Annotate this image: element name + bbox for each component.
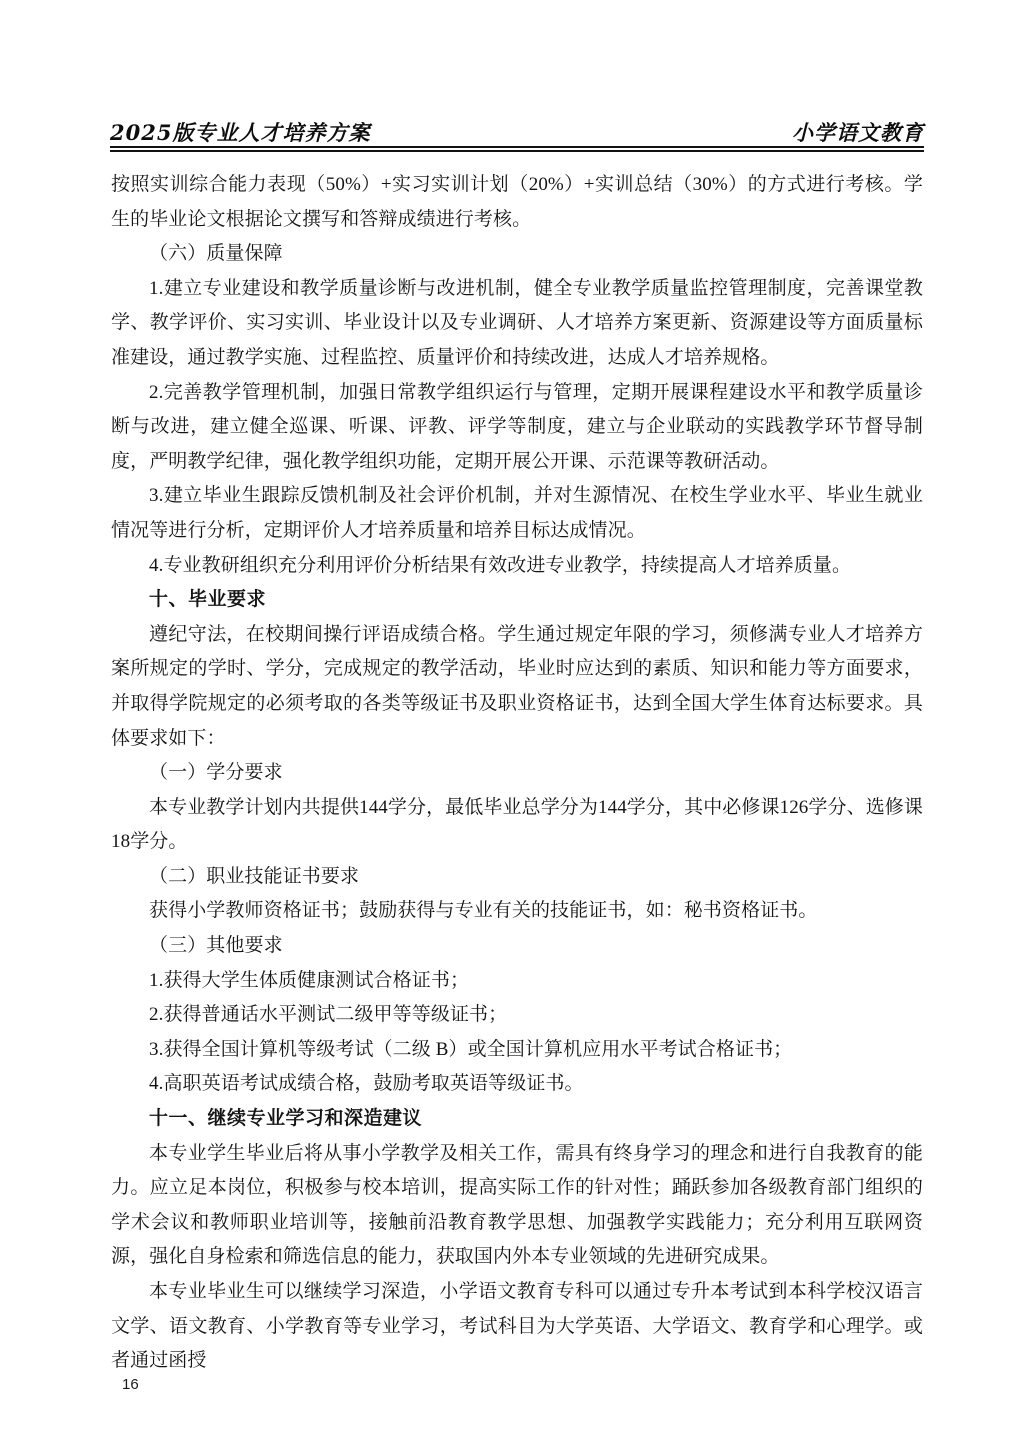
paragraph: 1.建立专业建设和教学质量诊断与改进机制，健全专业教学质量监控管理制度，完善课堂… xyxy=(111,272,923,376)
paragraph: 获得小学教师资格证书；鼓励获得与专业有关的技能证书，如：秘书资格证书。 xyxy=(111,894,923,929)
paragraph: 本专业毕业生可以继续学习深造，小学语文教育专科可以通过专升本考试到本科学校汉语言… xyxy=(111,1275,923,1379)
paragraph: 4.专业教研组织充分利用评价分析结果有效改进专业教学，持续提高人才培养质量。 xyxy=(111,549,923,584)
section-heading: 十、毕业要求 xyxy=(111,583,923,618)
paragraph: 2.获得普通话水平测试二级甲等等级证书； xyxy=(111,998,923,1033)
header-left-title: 2025版专业人才培养方案 xyxy=(110,121,370,145)
document-page: 2025版专业人才培养方案 小学语文教育 按照实训综合能力表现（50%）+实习实… xyxy=(0,0,1024,1448)
paragraph: 本专业教学计划内共提供144学分，最低毕业总学分为144学分，其中必修课126学… xyxy=(111,791,923,860)
paragraph: 2.完善教学管理机制，加强日常教学组织运行与管理，定期开展课程建设水平和教学质量… xyxy=(111,376,923,480)
paragraph: 1.获得大学生体质健康测试合格证书； xyxy=(111,964,923,999)
paragraph: （二）职业技能证书要求 xyxy=(111,860,923,895)
page-header: 2025版专业人才培养方案 小学语文教育 xyxy=(110,117,924,145)
paragraph: （三）其他要求 xyxy=(111,929,923,964)
paragraph: 3.建立毕业生跟踪反馈机制及社会评价机制，并对生源情况、在校生学业水平、毕业生就… xyxy=(111,479,923,548)
section-heading: 十一、继续专业学习和深造建议 xyxy=(111,1102,923,1137)
header-right-title: 小学语文教育 xyxy=(792,121,924,145)
header-double-rule xyxy=(110,146,924,152)
paragraph: 3.获得全国计算机等级考试（二级 B）或全国计算机应用水平考试合格证书； xyxy=(111,1033,923,1068)
paragraph: （六）质量保障 xyxy=(111,237,923,272)
paragraph: 按照实训综合能力表现（50%）+实习实训计划（20%）+实训总结（30%）的方式… xyxy=(111,168,923,237)
paragraph: （一）学分要求 xyxy=(111,756,923,791)
paragraph: 4.高职英语考试成绩合格，鼓励考取英语等级证书。 xyxy=(111,1067,923,1102)
page-number: 16 xyxy=(122,1376,139,1393)
document-body: 按照实训综合能力表现（50%）+实习实训计划（20%）+实训总结（30%）的方式… xyxy=(111,168,923,1379)
paragraph: 遵纪守法，在校期间操行评语成绩合格。学生通过规定年限的学习，须修满专业人才培养方… xyxy=(111,618,923,756)
paragraph: 本专业学生毕业后将从事小学教学及相关工作，需具有终身学习的理念和进行自我教育的能… xyxy=(111,1137,923,1275)
